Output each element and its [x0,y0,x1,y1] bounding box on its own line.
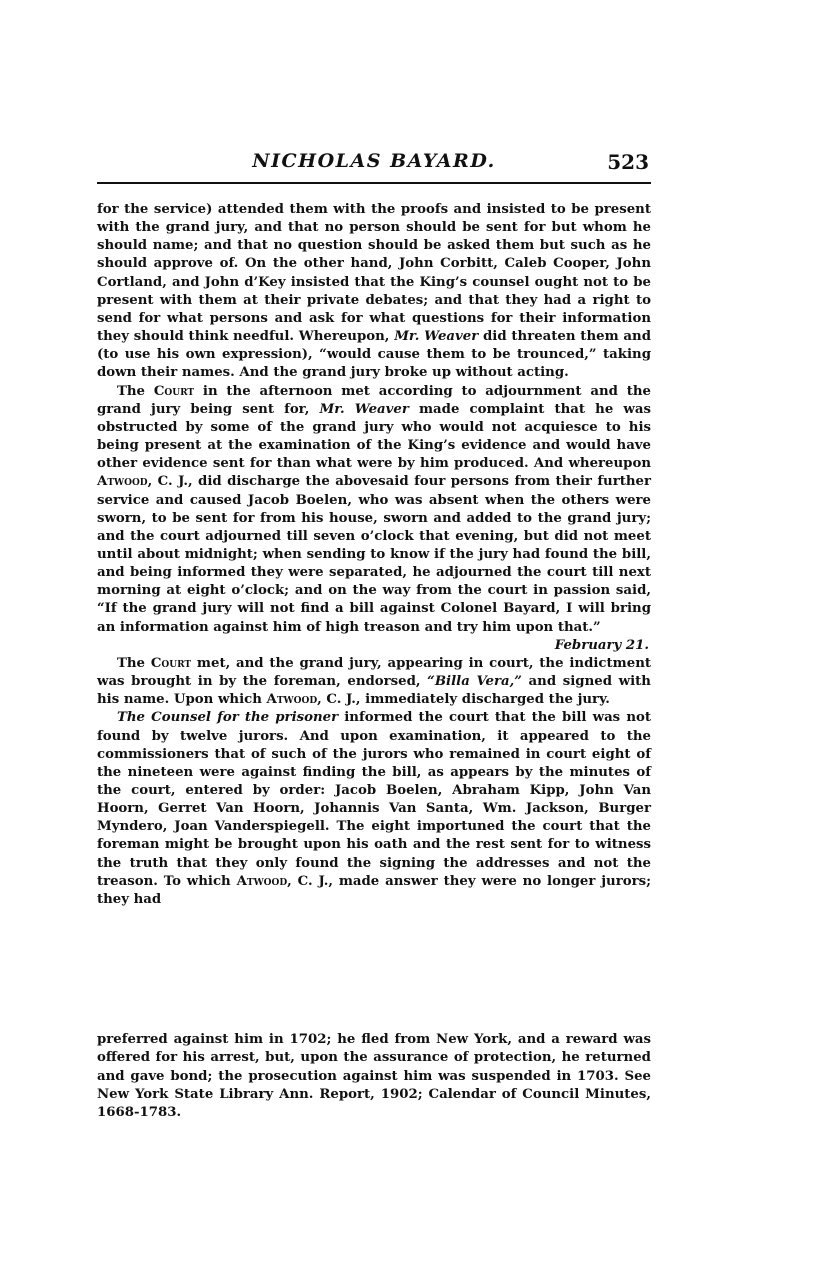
footnote: preferred against him in 1702; he fled f… [97,1031,651,1122]
name-atwood: Atwood [97,474,148,489]
term-court: Court [151,656,191,671]
term-court: Court [154,384,194,399]
running-title: NICHOLAS BAYARD. [97,150,651,172]
page-number: 523 [607,150,649,174]
paragraph-1: for the service) attended them with the … [97,201,651,383]
running-head: NICHOLAS BAYARD. 523 [97,150,651,180]
header-rule [97,182,651,184]
dateline: February 21. [97,637,651,655]
name-mr-weaver: Mr. Weaver [394,329,478,344]
name-mr-weaver: Mr. Weaver [319,402,408,417]
footnote-text: preferred against him in 1702; he fled f… [97,1031,651,1122]
paragraph-2: The Court in the afternoon met according… [97,383,651,637]
term-counsel-for-prisoner: The Counsel for the prisoner [117,710,338,725]
paragraph-4: The Counsel for the prisoner informed th… [97,709,651,909]
paragraph-3: The Court met, and the grand jury, appea… [97,655,651,709]
term-billa-vera: “Billa Vera,” [427,674,522,689]
main-text: for the service) attended them with the … [97,201,651,909]
name-atwood: Atwood [267,692,318,707]
name-atwood: Atwood [237,874,288,889]
